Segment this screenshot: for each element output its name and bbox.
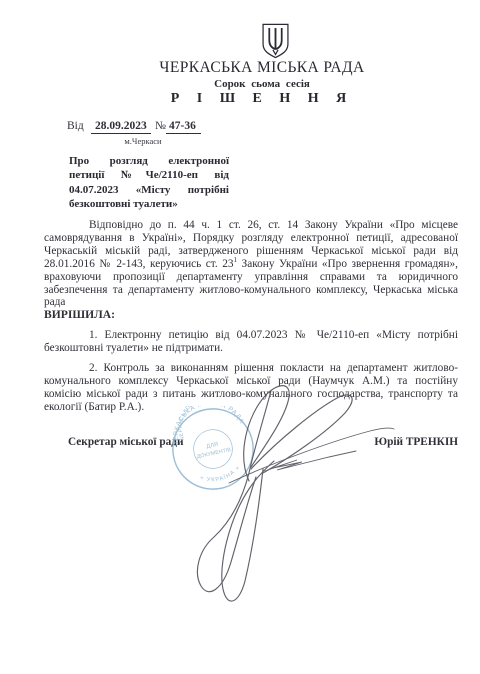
number-sign: № — [155, 120, 166, 132]
ukraine-trident-icon — [261, 23, 290, 59]
session-title: Сорок сьома сесія — [55, 78, 469, 90]
signatory-name: Юрій ТРЕНКІН — [374, 436, 458, 448]
organization-name: ЧЕРКАСЬКА МІСЬКА РАДА — [55, 59, 469, 77]
signatory-title: Секретар міської ради — [68, 436, 184, 448]
subject-line: безкоштовні туалети» — [69, 197, 229, 211]
city-label: м.Черкаси — [93, 136, 193, 146]
resolution-items: 1. Електронну петицію від 04.07.2023 № Ч… — [44, 329, 458, 413]
document-date: 28.09.2023 — [91, 120, 151, 134]
from-label: Від — [67, 120, 84, 132]
official-round-stamp: ЧЕРКАСЬКА МІСЬКА РАДА ЧЕРКАСЬКОЇ ОБЛАСТІ… — [170, 406, 256, 492]
resolved-label: ВИРІШИЛА: — [44, 309, 458, 322]
subject-line: петиції №Че/2110-еп від — [69, 168, 229, 182]
stamp-center-line2: ДОКУМЕНТІВ — [196, 447, 232, 460]
resolution-item-1: 1. Електронну петицію від 04.07.2023 № Ч… — [44, 329, 458, 355]
document-body: Відповідно до п. 44 ч. 1 ст. 26, ст. 14 … — [44, 219, 458, 414]
preamble-paragraph: Відповідно до п. 44 ч. 1 ст. 26, ст. 14 … — [44, 219, 458, 309]
document-number: 47-36 — [166, 120, 201, 134]
subject-line: 04.07.2023 «Місту потрібні — [69, 183, 229, 197]
document-type-title: Р І Ш Е Н Н Я — [55, 91, 469, 107]
subject-block: Про розгляд електронної петиції №Че/2110… — [69, 154, 229, 211]
subject-line: Про розгляд електронної — [69, 154, 229, 168]
scanned-document-page: ЧЕРКАСЬКА МІСЬКА РАДА Сорок сьома сесія … — [0, 0, 480, 674]
stamp-center-line1: ДЛЯ — [206, 442, 219, 450]
